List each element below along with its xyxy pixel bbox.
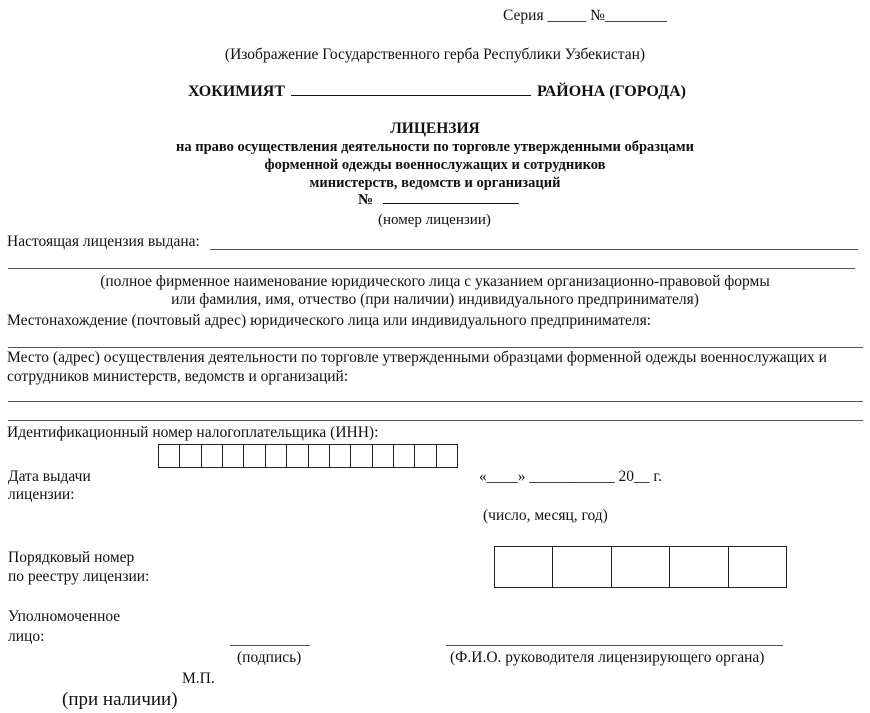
activity-place-line-2[interactable]: [8, 420, 863, 421]
authorized-person-label-2: лицо:: [8, 629, 44, 645]
issued-to-hint-1: (полное фирменное наименование юридическ…: [0, 274, 870, 290]
issue-date-field[interactable]: «____» ___________ 20__ г.: [479, 469, 662, 485]
registry-digit-cell[interactable]: [670, 547, 728, 587]
registry-label-1: Порядковый номер: [8, 550, 134, 566]
license-subtitle-3: министерств, ведомств и организаций: [0, 176, 870, 191]
issued-to-label: Настоящая лицензия выдана:: [7, 234, 200, 250]
inn-digit-cell[interactable]: [351, 445, 372, 467]
signature-line[interactable]: [230, 645, 310, 646]
inn-digit-cell[interactable]: [287, 445, 308, 467]
activity-place-line-1[interactable]: [8, 401, 863, 402]
emblem-caption: (Изображение Государственного герба Респ…: [0, 47, 870, 63]
authority-line: ХОКИМИЯТ РАЙОНА (ГОРОДА): [188, 84, 686, 100]
license-number-blank: [383, 203, 519, 204]
signature-caption: (подпись): [237, 650, 301, 666]
license-subtitle-1: на право осуществления деятельности по т…: [0, 140, 870, 155]
inn-digit-cell[interactable]: [244, 445, 265, 467]
license-title: ЛИЦЕНЗИЯ: [0, 121, 870, 137]
authority-prefix: ХОКИМИЯТ: [188, 83, 285, 100]
issued-to-hint-2: или фамилия, имя, отчество (при наличии)…: [0, 292, 870, 308]
inn-digit-cell[interactable]: [180, 445, 201, 467]
license-subtitle-2: формeнной одежды военнослужащих и сотруд…: [0, 158, 870, 173]
inn-input-grid[interactable]: [158, 444, 458, 468]
number-sign: №: [358, 192, 373, 208]
registry-digit-cell[interactable]: [553, 547, 611, 587]
stamp-label: М.П.: [182, 671, 215, 687]
license-number-field: №: [358, 193, 519, 208]
inn-digit-cell[interactable]: [202, 445, 223, 467]
registry-number-grid[interactable]: [494, 546, 787, 588]
stamp-note: (при наличии): [62, 690, 178, 709]
license-number-caption: (номер лицензии): [378, 213, 491, 228]
inn-digit-cell[interactable]: [266, 445, 287, 467]
registry-digit-cell[interactable]: [495, 547, 553, 587]
registry-digit-cell[interactable]: [729, 547, 786, 587]
series-number-field: Серия _____ №________: [503, 8, 667, 24]
authorized-person-label-1: Уполномоченное: [8, 609, 120, 625]
inn-digit-cell[interactable]: [159, 445, 180, 467]
activity-place-label-2: сотрудников министерств, ведомств и орга…: [7, 369, 348, 385]
registry-digit-cell[interactable]: [612, 547, 670, 587]
inn-digit-cell[interactable]: [437, 445, 457, 467]
inn-label: Идентификационный номер налогоплательщик…: [7, 425, 378, 441]
issue-date-label-1: Дата выдачи: [8, 469, 91, 485]
activity-place-label-1: Место (адрес) осуществления деятельности…: [7, 350, 827, 366]
inn-digit-cell[interactable]: [394, 445, 415, 467]
location-line[interactable]: [8, 347, 863, 348]
issue-date-label-2: лицензии:: [8, 487, 75, 503]
authority-blank: [291, 95, 531, 96]
location-label: Местонахождение (почтовый адрес) юридиче…: [7, 313, 651, 329]
issue-date-caption: (число, месяц, год): [483, 508, 608, 524]
registry-label-2: по реестру лицензии:: [8, 569, 149, 585]
inn-digit-cell[interactable]: [373, 445, 394, 467]
authority-suffix: РАЙОНА (ГОРОДА): [537, 83, 686, 100]
inn-digit-cell[interactable]: [309, 445, 330, 467]
issued-to-line-2[interactable]: [8, 268, 855, 269]
inn-digit-cell[interactable]: [223, 445, 244, 467]
official-name-caption: (Ф.И.О. руководителя лицензирующего орга…: [450, 650, 764, 666]
issued-to-line-1[interactable]: [210, 249, 858, 250]
official-name-line[interactable]: [446, 645, 783, 646]
inn-digit-cell[interactable]: [330, 445, 351, 467]
inn-digit-cell[interactable]: [415, 445, 436, 467]
